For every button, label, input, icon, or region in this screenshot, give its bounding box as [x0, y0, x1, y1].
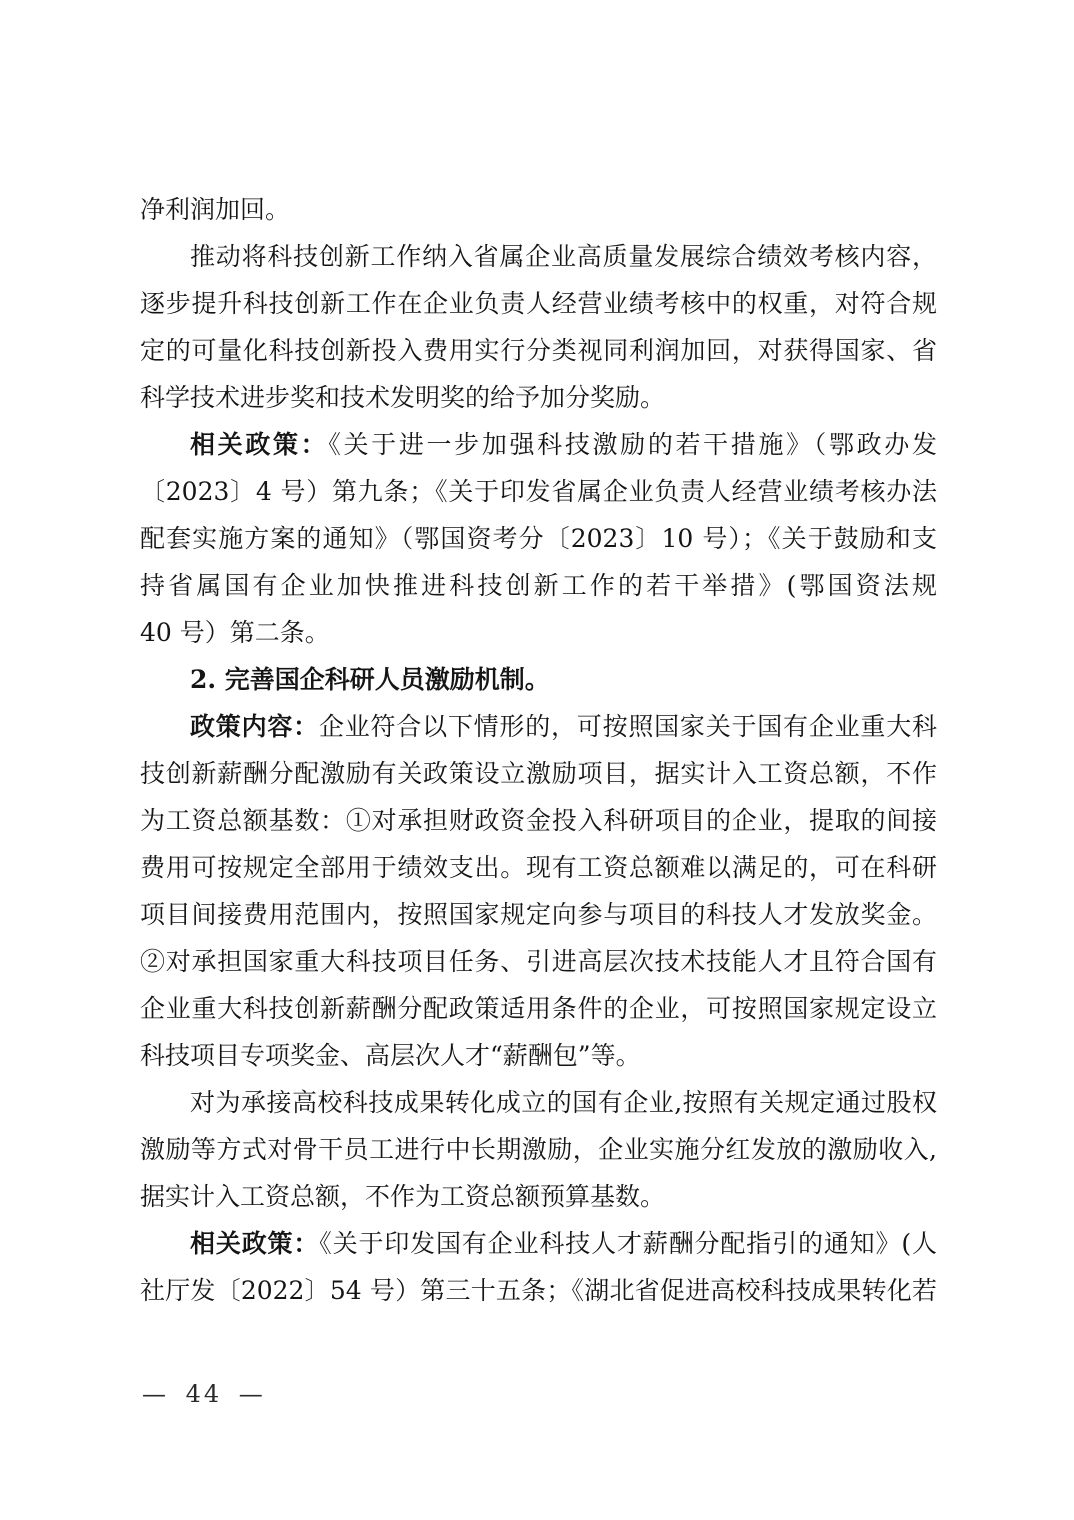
text-run: ②对承担国家重大科技项目任务、引进高层次技术技能人才且符合国有 [140, 947, 937, 976]
text-run: 《关于印发国有企业科技人才薪酬分配指引的通知》(人 [319, 1229, 937, 1258]
text-line: 社厅发〔2022〕54 号）第三十五条；《湖北省促进高校科技成果转化若 [140, 1267, 937, 1314]
text-run: 据实计入工资总额，不作为工资总额预算基数。 [140, 1182, 665, 1211]
text-run: 项目间接费用范围内，按照国家规定向参与项目的科技人才发放奖金。 [140, 900, 937, 929]
text-line: 技创新薪酬分配激励有关政策设立激励项目，据实计入工资总额，不作 [140, 750, 937, 797]
text-line: 推动将科技创新工作纳入省属企业高质量发展综合绩效考核内容， [140, 233, 937, 280]
text-run: 《关于进一步加强科技激励的若干措施》（鄂政办发 [328, 430, 937, 459]
text-run: 持省属国有企业加快推进科技创新工作的若干举措》(鄂国资法规〔2023〕 [140, 571, 937, 609]
text-run: 激励等方式对骨干员工进行中长期激励，企业实施分红发放的激励收入, [140, 1135, 937, 1164]
text-line: 政策内容：企业符合以下情形的，可按照国家关于国有企业重大科 [140, 703, 937, 750]
text-line: 相关政策：《关于进一步加强科技激励的若干措施》（鄂政办发 [140, 421, 937, 468]
text-run: 对为承接高校科技成果转化成立的国有企业,按照有关规定通过股权 [190, 1088, 937, 1117]
document-page: 净利润加回。推动将科技创新工作纳入省属企业高质量发展综合绩效考核内容，逐步提升科… [0, 0, 1074, 1520]
text-line: 持省属国有企业加快推进科技创新工作的若干举措》(鄂国资法规〔2023〕 [140, 562, 937, 609]
text-line: 2. 完善国企科研人员激励机制。 [140, 656, 937, 703]
text-run: 费用可按规定全部用于绩效支出。现有工资总额难以满足的，可在科研 [140, 853, 937, 882]
text-line: 〔2023〕4 号）第九条；《关于印发省属企业负责人经营业绩考核办法 [140, 468, 937, 515]
text-line: 40 号）第二条。 [140, 609, 937, 656]
text-line: ②对承担国家重大科技项目任务、引进高层次技术技能人才且符合国有 [140, 938, 937, 985]
text-line: 相关政策：《关于印发国有企业科技人才薪酬分配指引的通知》(人 [140, 1220, 937, 1267]
text-line: 科技项目专项奖金、高层次人才“薪酬包”等。 [140, 1032, 937, 1079]
text-line: 逐步提升科技创新工作在企业负责人经营业绩考核中的权重，对符合规 [140, 280, 937, 327]
bold-label: 相关政策： [190, 1229, 319, 1258]
text-run: 科学技术进步奖和技术发明奖的给予加分奖励。 [140, 383, 665, 412]
page-footer: — 44 — [142, 1380, 266, 1408]
text-run: 逐步提升科技创新工作在企业负责人经营业绩考核中的权重，对符合规 [140, 289, 937, 318]
page-number: — 44 — [142, 1380, 266, 1408]
text-line: 激励等方式对骨干员工进行中长期激励，企业实施分红发放的激励收入, [140, 1126, 937, 1173]
text-line: 项目间接费用范围内，按照国家规定向参与项目的科技人才发放奖金。 [140, 891, 937, 938]
document-body: 净利润加回。推动将科技创新工作纳入省属企业高质量发展综合绩效考核内容，逐步提升科… [140, 186, 937, 1314]
text-run: 技创新薪酬分配激励有关政策设立激励项目，据实计入工资总额，不作 [140, 759, 937, 788]
text-line: 净利润加回。 [140, 186, 937, 233]
text-run: 配套实施方案的通知》（鄂国资考分〔2023〕10 号）；《关于鼓励和支 [140, 524, 937, 553]
text-line: 配套实施方案的通知》（鄂国资考分〔2023〕10 号）；《关于鼓励和支 [140, 515, 937, 562]
text-run: 定的可量化科技创新投入费用实行分类视同利润加回，对获得国家、省 [140, 336, 937, 365]
text-run: 40 号）第二条。 [140, 618, 330, 647]
text-run: 净利润加回。 [140, 195, 290, 224]
text-run: 为工资总额基数：①对承担财政资金投入科研项目的企业，提取的间接 [140, 806, 937, 835]
text-run: 企业重大科技创新薪酬分配政策适用条件的企业，可按照国家规定设立 [140, 994, 937, 1023]
bold-label: 相关政策： [190, 430, 328, 459]
text-run: 推动将科技创新工作纳入省属企业高质量发展综合绩效考核内容， [190, 242, 937, 271]
text-line: 企业重大科技创新薪酬分配政策适用条件的企业，可按照国家规定设立 [140, 985, 937, 1032]
text-line: 对为承接高校科技成果转化成立的国有企业,按照有关规定通过股权 [140, 1079, 937, 1126]
bold-label: 2. 完善国企科研人员激励机制。 [190, 665, 550, 694]
bold-label: 政策内容： [190, 712, 319, 741]
text-line: 费用可按规定全部用于绩效支出。现有工资总额难以满足的，可在科研 [140, 844, 937, 891]
text-run: 科技项目专项奖金、高层次人才“薪酬包”等。 [140, 1041, 641, 1070]
text-line: 据实计入工资总额，不作为工资总额预算基数。 [140, 1173, 937, 1220]
text-line: 定的可量化科技创新投入费用实行分类视同利润加回，对获得国家、省 [140, 327, 937, 374]
text-run: 企业符合以下情形的，可按照国家关于国有企业重大科 [319, 712, 937, 741]
text-line: 科学技术进步奖和技术发明奖的给予加分奖励。 [140, 374, 937, 421]
text-run: 社厅发〔2022〕54 号）第三十五条；《湖北省促进高校科技成果转化若 [140, 1276, 937, 1305]
text-line: 为工资总额基数：①对承担财政资金投入科研项目的企业，提取的间接 [140, 797, 937, 844]
text-run: 〔2023〕4 号）第九条；《关于印发省属企业负责人经营业绩考核办法 [140, 477, 937, 506]
